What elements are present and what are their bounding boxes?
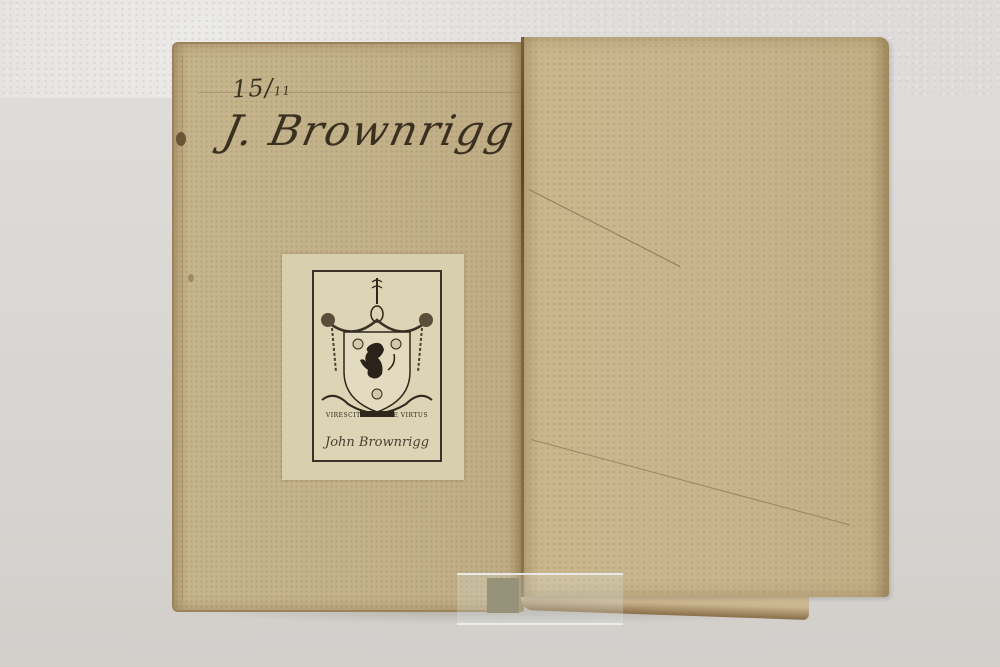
shelfmark-sub: 11	[273, 83, 291, 98]
owner-signature: J. Brownrigg	[219, 106, 520, 155]
bookplate: VIRESCIT VULNERE VIRTUS John Brownrigg	[312, 270, 442, 462]
free-endpaper	[521, 37, 889, 597]
gutter-spine	[521, 37, 524, 597]
shelfmark-inscription: 15/11	[231, 72, 291, 103]
bookplate-motto: VIRESCIT VULNERE VIRTUS	[314, 412, 440, 419]
bookplate-paper: VIRESCIT VULNERE VIRTUS John Brownrigg	[282, 254, 464, 480]
shelfmark-number: 15	[231, 74, 265, 104]
heraldic-crest-icon	[314, 272, 440, 422]
ink-stain	[176, 132, 186, 146]
fold-crease	[529, 189, 681, 267]
bookplate-owner-name: John Brownrigg	[314, 435, 440, 450]
fold-crease	[531, 439, 850, 525]
foxing-spot	[188, 274, 194, 282]
front-pastedown: 15/11 J. Brownrigg	[172, 42, 524, 612]
acrylic-book-stand	[457, 573, 623, 625]
